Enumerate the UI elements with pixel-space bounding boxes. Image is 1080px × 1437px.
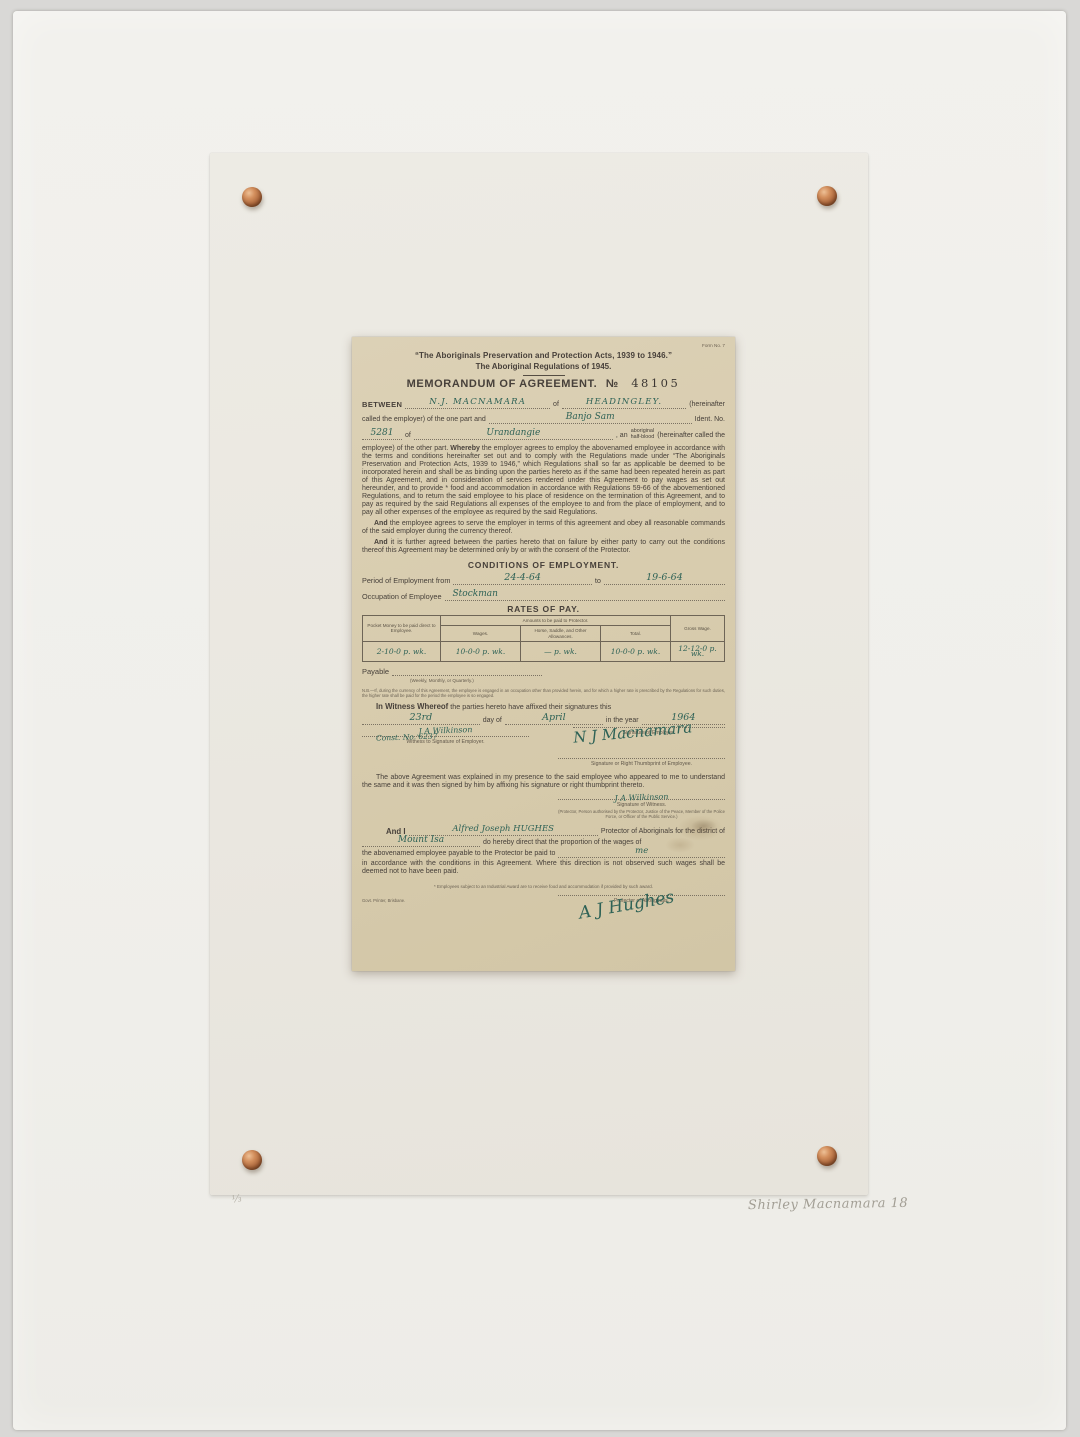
agreement-body-paragraph: employee) of the other part. Whereby the… (362, 445, 725, 517)
payable-hint: (Weekly, Monthly, or Quarterly.) (410, 677, 725, 685)
direct-wages-label: do hereby direct that the proportion of … (483, 839, 641, 847)
total-header: Total. (601, 626, 671, 641)
gross-wage-value: 12-12-0 p. wk. (671, 641, 725, 661)
halfblood-option: half-blood (631, 435, 655, 441)
employee-serve-paragraph: And the employee agrees to serve the emp… (362, 520, 725, 536)
direction-tail: in accordance with the conditions in thi… (362, 860, 725, 876)
regulations-heading: The Aboriginal Regulations of 1945. (362, 363, 725, 371)
explained-paragraph: The above Agreement was explained in my … (362, 774, 725, 790)
period-label: Period of Employment from (362, 577, 450, 585)
body-rest: the employer agrees to employ the aboven… (362, 445, 725, 516)
employer-signature-block: N J Macnamara Signature of Employer. (573, 727, 725, 746)
ident-no-handwriting: 5281 (371, 428, 394, 438)
of-label: of (405, 432, 411, 440)
period-to-blank: 19-6-64 (604, 575, 725, 585)
witness-of-agreement-row: J A Wilkinson Signature of Witness. (Pro… (362, 794, 725, 820)
rates-heading: RATES OF PAY. (362, 605, 725, 613)
whereby-word: Whereby (450, 445, 480, 452)
gross-wage-header: Gross Wage. (671, 616, 725, 642)
employer-name-blank: N.J. MACNAMARA (405, 399, 550, 409)
conditions-section: Period of Employment from 24-4-64 to 19-… (362, 575, 725, 601)
ident-no-blank: 5281 (362, 430, 402, 440)
thumbprint-row: Signature or Right Thumbprint of Employe… (362, 758, 725, 768)
between-label: BETWEEN (362, 401, 402, 409)
and-word: And (374, 539, 388, 546)
district-handwriting: Mount Isa (398, 835, 444, 845)
memorandum-document: Form No. 7 “The Aboriginals Preservation… (352, 337, 735, 971)
employer-name-handwriting: N.J. MACNAMARA (429, 397, 526, 407)
copper-tack-bottom-left (242, 1150, 262, 1170)
an-label: , an (616, 432, 628, 440)
copper-tack-top-right (817, 186, 837, 206)
occupation-blank: Stockman (445, 591, 568, 601)
aboriginal-halfblood-options: aboriginal half-blood (631, 429, 655, 440)
protector-direction-section: And I Alfred Joseph HUGHES Protector of … (362, 826, 725, 876)
month-handwriting: April (542, 712, 566, 723)
document-footer: Govt. Printer, Brisbane. A J Hughes Prot… (362, 897, 725, 905)
further-agreed-paragraph: And it is further agreed between the par… (362, 539, 725, 555)
body2-rest: the employee agrees to serve the employe… (362, 520, 725, 535)
employee-place-handwriting: Urandangie (486, 428, 540, 438)
signature-line (558, 758, 725, 759)
employee-name-handwriting: Banjo Sam (566, 412, 615, 422)
witness-rest: the parties hereto have affixed their si… (450, 702, 611, 711)
in-witness-whereof: In Witness Whereof (376, 702, 448, 711)
protector-amounts-header: Amounts to be paid to Protector. (441, 616, 671, 626)
called-the-label: (hereinafter called the (657, 432, 725, 440)
artist-signature-pencil: Shirley Macnamara 18 (748, 1196, 908, 1213)
protector-signature-block: A J Hughes Protector of Aboriginals. (558, 897, 725, 905)
hereinafter-label: (hereinafter (689, 401, 725, 409)
signature-row: J A Wilkinson Const. No. 6237 Witness to… (362, 727, 725, 746)
wages-header: Wages. (441, 626, 521, 641)
protector-name-handwriting: Alfred Joseph HUGHES (452, 824, 554, 834)
witness-signature-block: J A Wilkinson Const. No. 6237 Witness to… (362, 727, 529, 746)
wages-value: 10-0-0 p. wk. (441, 641, 521, 661)
allowances-value: — p. wk. (521, 641, 601, 661)
serial-number: 48105 (631, 376, 680, 390)
allowances-header: Horse, Saddle, and Other Allowances. (521, 626, 601, 641)
employee-place-blank: Urandangie (414, 430, 613, 440)
pocket-money-value: 2-10-0 p. wk. (363, 641, 441, 661)
in-witness-paragraph: In Witness Whereof the parties hereto ha… (362, 703, 725, 711)
thumbprint-smudge (691, 819, 717, 833)
parties-section: BETWEEN N.J. MACNAMARA of HEADINGLEY. (h… (362, 399, 725, 440)
copper-tack-bottom-right (817, 1146, 837, 1166)
printer-credit: Govt. Printer, Brisbane. (362, 897, 405, 905)
nb-note: N.B.—If, during the currency of this Agr… (362, 689, 725, 699)
payee-blank: me (558, 848, 725, 858)
copper-tack-top-left (242, 187, 262, 207)
payable-row: Payable (362, 666, 725, 676)
day-blank: 23rd (362, 715, 480, 725)
paid-to-label: the abovenamed employee payable to the P… (362, 850, 555, 858)
acts-heading: “The Aboriginals Preservation and Protec… (362, 352, 725, 360)
district-blank: Mount Isa (362, 837, 480, 847)
conditions-heading: CONDITIONS OF EMPLOYMENT. (362, 561, 725, 569)
artwork-photo: { "artwork": { "edition_mark": "⅓", "art… (0, 0, 1080, 1437)
employer-place-handwriting: HEADINGLEY. (586, 397, 662, 407)
payable-blank (392, 666, 542, 676)
occupation-blank-2 (571, 591, 725, 601)
to-label: to (595, 577, 601, 585)
period-from-blank: 24-4-64 (453, 575, 591, 585)
document-title: MEMORANDUM OF AGREEMENT. (407, 378, 598, 390)
one-part-label: called the employer) of the one part and (362, 416, 486, 424)
total-value: 10-0-0 p. wk. (601, 641, 671, 661)
heading-divider (523, 375, 565, 376)
document-title-row: MEMORANDUM OF AGREEMENT. № 48105 (362, 379, 725, 390)
payee-handwriting: me (635, 846, 648, 856)
occupation-label: Occupation of Employee (362, 593, 442, 601)
number-symbol: № (606, 378, 619, 390)
body3-rest: it is further agreed between the parties… (362, 539, 725, 554)
edition-mark-pencil: ⅓ (231, 1193, 242, 1206)
of-label: of (553, 401, 559, 409)
day-handwriting: 23rd (410, 712, 433, 723)
thumbprint-block: Signature or Right Thumbprint of Employe… (558, 758, 725, 768)
payable-label: Payable (362, 668, 389, 676)
pocket-money-header: Pocket Money to be paid direct to Employ… (363, 616, 441, 642)
rates-of-pay-table: Pocket Money to be paid direct to Employ… (362, 615, 725, 662)
period-to-handwriting: 19-6-64 (646, 572, 683, 583)
employee-name-blank: Banjo Sam (489, 414, 692, 424)
form-number: Form No. 7 (362, 342, 725, 350)
thumbprint-label: Signature or Right Thumbprint of Employe… (558, 760, 725, 768)
occupation-handwriting: Stockman (453, 589, 498, 599)
ident-no-label: Ident. No. (695, 416, 725, 424)
period-from-handwriting: 24-4-64 (504, 572, 541, 583)
employer-place-blank: HEADINGLEY. (562, 399, 686, 409)
body-lead: employee) of the other part. (362, 445, 448, 452)
and-word: And (374, 520, 388, 527)
